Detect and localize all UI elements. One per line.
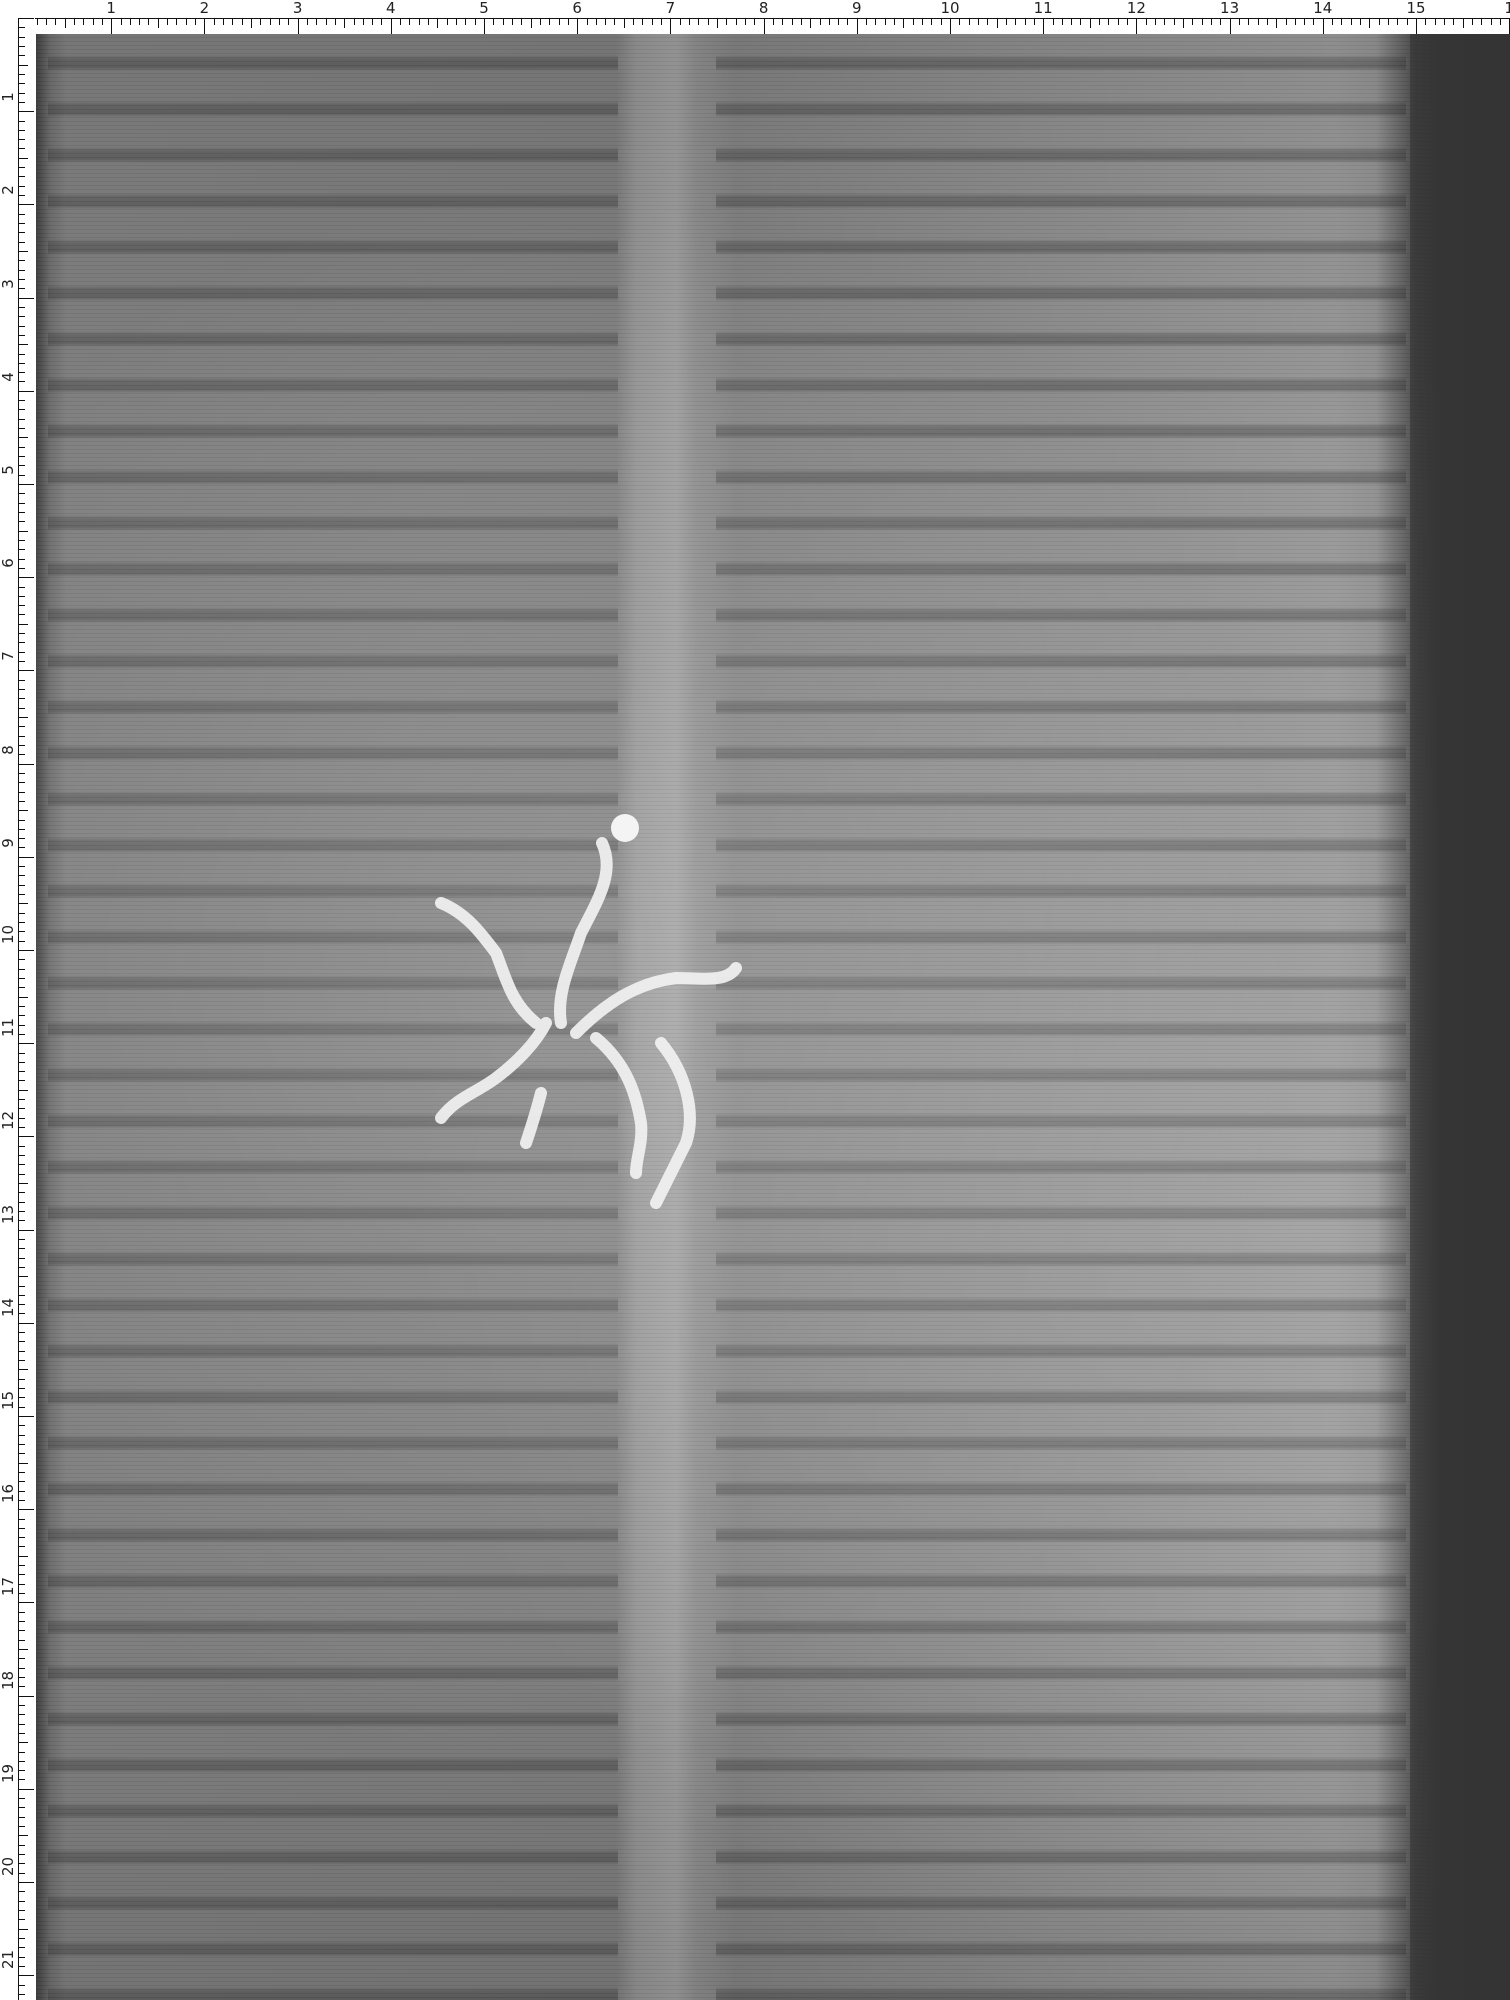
ruler-label: 2 — [200, 0, 210, 16]
ruler-tick — [18, 1537, 25, 1538]
ruler-tick — [1491, 18, 1492, 25]
ruler-tick — [214, 18, 215, 25]
ruler-tick — [18, 65, 28, 66]
ruler-tick — [18, 288, 25, 289]
ruler-tick — [661, 18, 662, 25]
ruler-tick — [18, 801, 25, 802]
ruler-tick — [428, 18, 429, 25]
ruler-label: 7 — [0, 648, 16, 664]
ruler-label: 1 — [106, 0, 116, 16]
ruler-tick — [1463, 18, 1464, 28]
ruler-tick — [18, 1108, 25, 1109]
ruler-tick — [18, 1500, 25, 1501]
ruler-tick — [810, 18, 811, 28]
ruler-tick — [18, 465, 25, 466]
ruler-tick — [18, 1668, 25, 1669]
ruler-tick — [18, 1220, 25, 1221]
ruler-tick — [18, 1602, 34, 1603]
ruler-tick — [18, 698, 25, 699]
ruler-tick — [18, 195, 25, 196]
ruler-tick — [1444, 18, 1445, 25]
ruler-tick — [18, 307, 25, 308]
ruler-tick — [18, 1155, 25, 1156]
ruler-tick — [18, 1164, 25, 1165]
ruler-tick — [18, 447, 25, 448]
ruler-tick — [18, 987, 25, 988]
ruler-label: 3 — [0, 276, 16, 292]
ruler-tick — [326, 18, 327, 25]
ruler-tick — [1099, 18, 1100, 25]
ruler-label: 6 — [572, 0, 582, 16]
ruler-tick — [46, 18, 47, 25]
ruler-tick — [18, 1174, 25, 1175]
ruler-tick — [18, 1295, 25, 1296]
ruler-tick — [894, 18, 895, 25]
ruler-tick — [18, 587, 25, 588]
ruler-tick — [242, 18, 243, 25]
ruler-tick — [512, 18, 513, 25]
ruler-tick — [18, 475, 25, 476]
ruler-tick — [18, 577, 34, 578]
ruler-label: 15 — [0, 1394, 16, 1410]
ruler-tick — [18, 223, 25, 224]
ruler-tick — [503, 18, 504, 25]
ruler-tick — [614, 18, 615, 25]
ruler-tick — [18, 316, 25, 317]
ruler-tick — [1351, 18, 1352, 25]
ruler-tick — [18, 680, 25, 681]
ruler-tick — [1118, 18, 1119, 25]
ruler-tick — [587, 18, 588, 25]
ruler-tick — [18, 1463, 28, 1464]
ruler-tick — [18, 1015, 25, 1016]
ruler-tick — [1379, 18, 1380, 25]
ruler-tick — [18, 1006, 25, 1007]
ruler-tick — [1015, 18, 1016, 25]
ruler-tick — [18, 614, 25, 615]
ruler-tick — [652, 18, 653, 25]
star-drawing-icon — [36, 33, 1510, 2000]
ruler-tick — [1258, 18, 1259, 25]
ruler-tick — [18, 521, 25, 522]
ruler-tick — [1071, 18, 1072, 25]
ruler-tick — [18, 437, 28, 438]
ruler-tick — [18, 242, 25, 243]
ruler-tick — [1286, 18, 1287, 25]
ruler-tick — [18, 1425, 25, 1426]
ruler-tick — [18, 959, 25, 960]
ruler-tick — [18, 121, 25, 122]
ruler-tick — [18, 419, 25, 420]
ruler-tick — [1090, 18, 1091, 28]
ruler-tick — [1164, 18, 1165, 25]
ruler-tick — [409, 18, 410, 25]
ruler-tick — [521, 18, 522, 25]
ruler-tick — [1127, 18, 1128, 25]
ruler-tick — [1435, 18, 1436, 25]
ruler-tick — [820, 18, 821, 25]
ruler-label: 3 — [293, 0, 303, 16]
ruler-tick — [195, 18, 196, 25]
ruler-tick — [18, 540, 25, 541]
ruler-tick — [18, 1313, 25, 1314]
ruler-tick — [1341, 18, 1342, 25]
ruler-tick — [18, 820, 25, 821]
ruler-tick — [773, 18, 774, 25]
ruler-tick — [18, 381, 25, 382]
ruler-tick — [18, 1080, 25, 1081]
ruler-tick — [1183, 18, 1184, 28]
ruler-tick — [18, 1686, 25, 1687]
ruler-tick — [18, 1034, 25, 1035]
ruler-tick — [18, 354, 25, 355]
ruler-tick — [577, 18, 578, 34]
ruler-tick — [18, 670, 34, 671]
ruler-tick — [18, 1099, 25, 1100]
ruler-tick — [18, 531, 28, 532]
ruler-tick — [931, 18, 932, 25]
ruler-tick — [18, 55, 25, 56]
ruler-tick — [18, 847, 25, 848]
ruler-tick — [1388, 18, 1389, 25]
ruler-tick — [18, 344, 28, 345]
ruler-label: 5 — [0, 462, 16, 478]
ruler-tick — [18, 428, 25, 429]
ruler-tick — [18, 1807, 25, 1808]
ruler-label: 12 — [0, 1114, 16, 1130]
ruler-tick — [130, 18, 131, 25]
ruler-tick — [111, 18, 112, 34]
ruler-tick — [419, 18, 420, 25]
ruler-tick — [18, 27, 25, 28]
ruler-tick — [18, 764, 34, 765]
ruler-tick — [1407, 18, 1408, 25]
ruler-tick — [18, 1388, 25, 1389]
ruler-tick — [1080, 18, 1081, 25]
ruler-tick — [680, 18, 681, 25]
ruler-tick — [18, 624, 28, 625]
ruler-tick — [18, 1798, 25, 1799]
ruler-tick — [102, 18, 103, 25]
ruler-tick — [18, 773, 25, 774]
ruler-tick — [18, 1435, 25, 1436]
ruler-tick — [18, 1267, 25, 1268]
ruler-tick — [18, 270, 25, 271]
ruler-tick — [866, 18, 867, 25]
ruler-tick — [922, 18, 923, 25]
ruler-label: 10 — [0, 928, 16, 944]
ruler-tick — [18, 1761, 25, 1762]
ruler-tick — [18, 875, 25, 876]
ruler-tick — [18, 1863, 25, 1864]
ruler-tick — [18, 596, 25, 597]
ruler-tick — [18, 1658, 25, 1659]
ruler-tick — [792, 18, 793, 25]
horizontal-ruler: 01234567891011121314151 — [0, 0, 1510, 34]
ruler-tick — [596, 18, 597, 25]
ruler-label: 14 — [1313, 0, 1332, 16]
ruler-tick — [18, 931, 25, 932]
ruler-tick — [605, 18, 606, 25]
ruler-tick — [1146, 18, 1147, 25]
ruler-tick — [158, 18, 159, 28]
ruler-tick — [1155, 18, 1156, 25]
ruler-tick — [167, 18, 168, 25]
ruler-label: 14 — [0, 1301, 16, 1317]
ruler-tick — [307, 18, 308, 25]
ruler-tick — [1313, 18, 1314, 25]
ruler-tick — [1304, 18, 1305, 25]
ruler-tick — [1416, 18, 1417, 34]
ruler-tick — [391, 18, 392, 34]
ruler-tick — [18, 1947, 25, 1948]
ruler-tick — [18, 568, 25, 569]
ruler-tick — [18, 1826, 25, 1827]
ruler-tick — [18, 1696, 34, 1697]
ruler-tick — [18, 1779, 25, 1780]
ruler-tick — [549, 18, 550, 25]
ruler-tick — [18, 1146, 25, 1147]
ruler-tick — [689, 18, 690, 25]
ruler-tick — [978, 18, 979, 25]
ruler-tick — [18, 1379, 25, 1380]
ruler-tick — [381, 18, 382, 25]
ruler-tick — [18, 1565, 25, 1566]
ruler-tick — [531, 18, 532, 28]
ruler-tick — [18, 130, 25, 131]
ruler-tick — [18, 1929, 28, 1930]
ruler-tick — [18, 456, 25, 457]
ruler-tick — [987, 18, 988, 25]
ruler-tick — [18, 1360, 25, 1361]
ruler-tick — [913, 18, 914, 25]
ruler-tick — [642, 18, 643, 25]
ruler-tick — [1332, 18, 1333, 25]
ruler-tick — [456, 18, 457, 25]
ruler-tick — [1323, 18, 1324, 34]
ruler-tick — [270, 18, 271, 25]
ruler-tick — [857, 18, 858, 34]
ruler-tick — [18, 829, 25, 830]
ruler-tick — [148, 18, 149, 25]
ruler-tick — [18, 1854, 25, 1855]
ruler-tick — [18, 74, 25, 75]
ruler-tick — [18, 1304, 25, 1305]
vertical-ruler: 123456789101112131415161718192021 — [0, 0, 35, 2000]
ruler-tick — [18, 1985, 25, 1986]
ruler-tick — [18, 1733, 25, 1734]
ruler-tick — [18, 1817, 25, 1818]
ruler-tick — [1053, 18, 1054, 25]
ruler-tick — [1276, 18, 1277, 28]
ruler-tick — [18, 1873, 25, 1874]
ruler-tick — [18, 512, 25, 513]
ruler-tick — [1136, 18, 1137, 34]
ruler-tick — [18, 1556, 28, 1557]
ruler-tick — [18, 1043, 34, 1044]
ruler-tick — [18, 400, 25, 401]
ruler-label: 1 — [1504, 0, 1510, 16]
ruler-tick — [18, 1593, 25, 1594]
ruler-tick — [18, 885, 25, 886]
ruler-tick — [18, 1621, 25, 1622]
ruler-tick — [18, 298, 34, 299]
ruler-tick — [18, 326, 25, 327]
ruler-tick — [18, 1891, 25, 1892]
ruler-tick — [18, 484, 34, 485]
ruler-tick — [18, 1919, 25, 1920]
ruler-tick — [18, 978, 25, 979]
ruler-tick — [18, 372, 25, 373]
ruler-tick — [316, 18, 317, 25]
ruler-tick — [1397, 18, 1398, 25]
ruler-tick — [18, 1118, 25, 1119]
ruler-tick — [18, 689, 25, 690]
ruler-tick — [93, 18, 94, 25]
ruler-tick — [18, 1630, 25, 1631]
ruler-tick — [18, 549, 25, 550]
ruler-tick — [18, 391, 34, 392]
ruler-tick — [18, 559, 25, 560]
ruler-tick — [437, 18, 438, 28]
ruler-tick — [754, 18, 755, 25]
ruler-tick — [18, 1975, 34, 1976]
ruler-tick — [847, 18, 848, 25]
ruler-tick — [18, 204, 34, 205]
ruler-tick — [1267, 18, 1268, 25]
ruler-label: 8 — [759, 0, 769, 16]
ruler-label: 10 — [940, 0, 959, 16]
ruler-tick — [1239, 18, 1240, 25]
ruler-tick — [997, 18, 998, 28]
ruler-tick — [223, 18, 224, 25]
ruler-tick — [139, 18, 140, 25]
ruler-tick — [18, 642, 25, 643]
ruler-tick — [18, 363, 25, 364]
ruler-tick — [279, 18, 280, 25]
ruler-tick — [18, 158, 28, 159]
ruler-tick — [1202, 18, 1203, 25]
ruler-tick — [838, 18, 839, 25]
ruler-tick — [18, 1901, 25, 1902]
ruler-tick — [18, 1994, 25, 1995]
ruler-tick — [484, 18, 485, 34]
ruler-tick — [801, 18, 802, 25]
ruler-tick — [251, 18, 252, 28]
ruler-label: 11 — [0, 1021, 16, 1037]
ruler-tick — [18, 1248, 25, 1249]
ruler-label: 4 — [386, 0, 396, 16]
ruler-tick — [1248, 18, 1249, 25]
ruler-tick — [18, 1938, 25, 1939]
ruler-tick — [18, 1835, 28, 1836]
ruler-tick — [941, 18, 942, 25]
ruler-label: 18 — [0, 1674, 16, 1690]
ruler-tick — [18, 726, 25, 727]
ruler-tick — [782, 18, 783, 25]
ruler-tick — [1481, 18, 1482, 25]
ruler-tick — [18, 1714, 25, 1715]
ruler-tick — [18, 18, 34, 19]
ruler-tick — [708, 18, 709, 25]
ruler-tick — [1062, 18, 1063, 25]
ruler-tick — [1500, 18, 1501, 25]
ruler-tick — [1174, 18, 1175, 25]
ruler-tick — [717, 18, 718, 28]
ruler-tick — [736, 18, 737, 25]
ruler-label: 13 — [0, 1208, 16, 1224]
ruler-tick — [18, 745, 25, 746]
ruler-label: 1 — [0, 89, 16, 105]
ruler-tick — [18, 1407, 25, 1408]
ruler-tick — [18, 1323, 34, 1324]
ruler-label: 5 — [479, 0, 489, 16]
ruler-tick — [875, 18, 876, 25]
ruler-tick — [354, 18, 355, 25]
ruler-tick — [18, 111, 34, 112]
ruler-tick — [829, 18, 830, 25]
ruler-tick — [1108, 18, 1109, 25]
ruler-tick — [1360, 18, 1361, 25]
ruler-tick — [18, 1612, 25, 1613]
ruler-tick — [18, 866, 25, 867]
ruler-tick — [18, 1183, 28, 1184]
ruler-tick — [18, 1724, 25, 1725]
ruler-tick — [18, 1705, 25, 1706]
ruler-tick — [1025, 18, 1026, 25]
ruler-tick — [18, 810, 28, 811]
ruler-tick — [18, 997, 28, 998]
ruler-tick — [1453, 18, 1454, 25]
ruler-tick — [18, 1211, 25, 1212]
ruler-tick — [74, 18, 75, 25]
ruler-tick — [18, 139, 25, 140]
ruler-tick — [18, 950, 34, 951]
ruler-tick — [18, 1472, 25, 1473]
ruler-tick — [18, 1584, 25, 1585]
ruler-tick — [288, 18, 289, 25]
ruler-tick — [959, 18, 960, 25]
ruler-label: 19 — [0, 1767, 16, 1783]
ruler-tick — [18, 1677, 25, 1678]
ruler-tick — [18, 83, 25, 84]
ruler-tick — [363, 18, 364, 25]
ruler-tick — [37, 18, 38, 25]
ruler-tick — [1006, 18, 1007, 25]
ruler-tick — [18, 857, 34, 858]
ruler-tick — [18, 251, 28, 252]
ruler-label: 8 — [0, 742, 16, 758]
ruler-tick — [18, 1053, 25, 1054]
ruler-tick — [176, 18, 177, 25]
ruler-tick — [18, 1845, 25, 1846]
ruler-tick — [950, 18, 951, 34]
ruler-tick — [475, 18, 476, 25]
ruler-tick — [18, 493, 25, 494]
ruler-tick — [18, 1519, 25, 1520]
ruler-tick — [18, 1957, 25, 1958]
ruler-tick — [18, 922, 25, 923]
ruler-tick — [18, 186, 25, 187]
ruler-tick — [83, 18, 84, 25]
ruler-tick — [903, 18, 904, 28]
ruler-tick — [18, 1286, 25, 1287]
ruler-tick — [1230, 18, 1231, 34]
ruler-tick — [18, 1640, 25, 1641]
ruler-tick — [298, 18, 299, 34]
ruler-tick — [18, 717, 28, 718]
ruler-tick — [18, 1574, 25, 1575]
